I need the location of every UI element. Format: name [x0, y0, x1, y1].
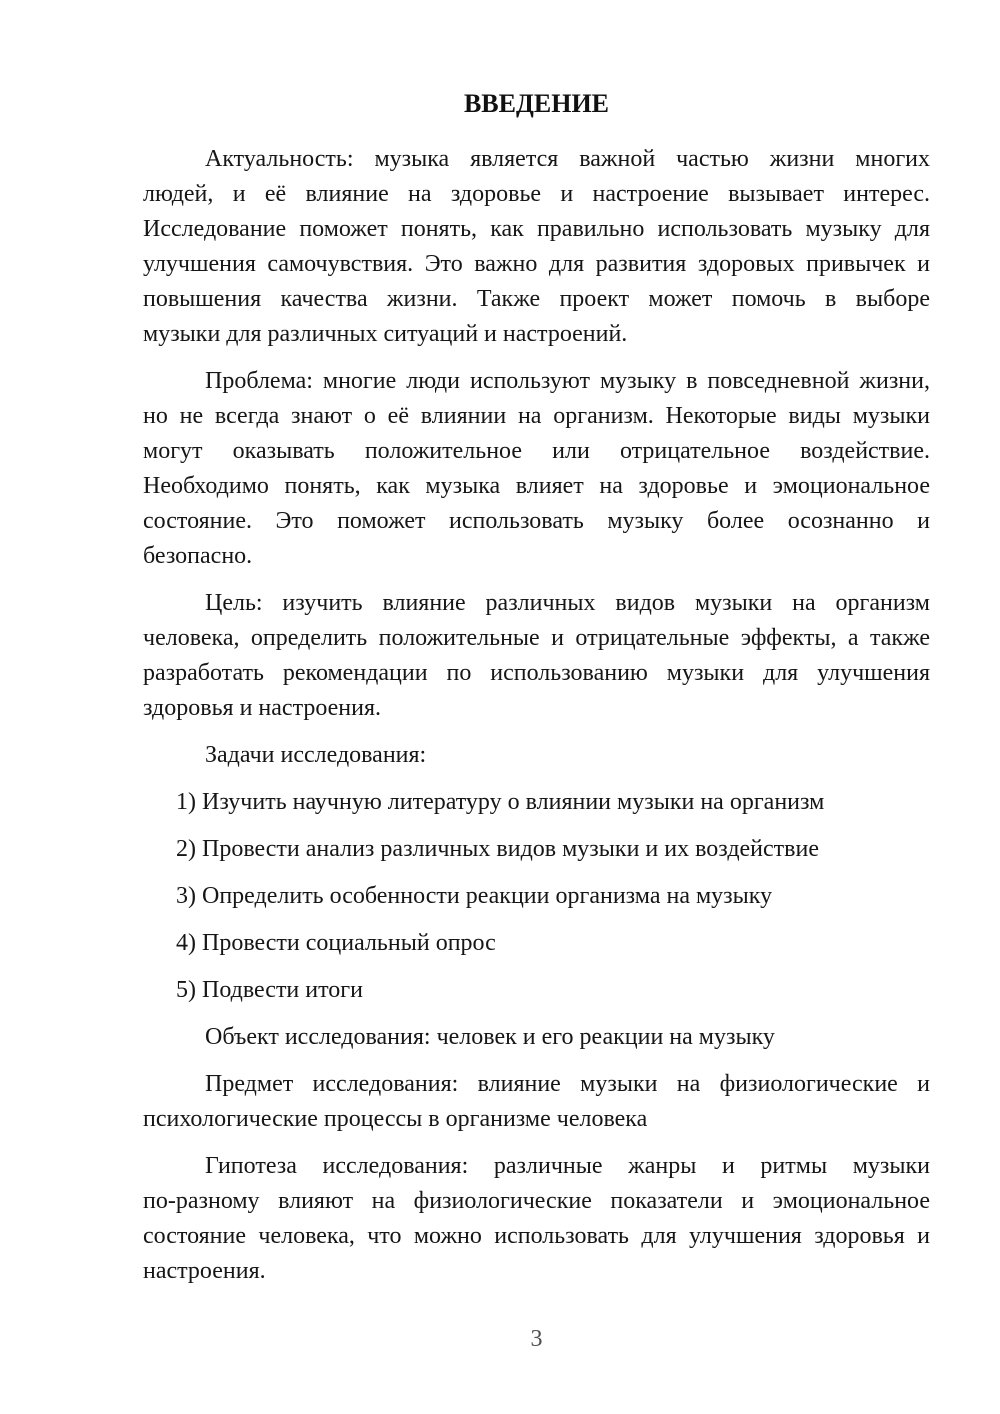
text-line: состояние человека, что можно использова…	[143, 1219, 930, 1254]
paragraph-subject: Предмет исследования: влияние музыки на …	[143, 1067, 930, 1137]
text-line: 5) Подвести итоги	[176, 973, 930, 1008]
text-line: музыки для различных ситуаций и настроен…	[143, 317, 930, 352]
text-line: Цель: изучить влияние различных видов му…	[143, 586, 930, 621]
text-line: 1) Изучить научную литературу о влиянии …	[176, 785, 930, 820]
text-line: разработать рекомендации по использовани…	[143, 656, 930, 691]
text-line: 4) Провести социальный опрос	[176, 926, 930, 961]
text-line: 3) Определить особенности реакции органи…	[176, 879, 930, 914]
text-line: Необходимо понять, как музыка влияет на …	[143, 469, 930, 504]
task-item-3: 3) Определить особенности реакции органи…	[143, 879, 930, 914]
text-line: Проблема: многие люди используют музыку …	[143, 364, 930, 399]
text-line: психологические процессы в организме чел…	[143, 1102, 930, 1137]
task-item-5: 5) Подвести итоги	[143, 973, 930, 1008]
text-line: Гипотеза исследования: различные жанры и…	[143, 1149, 930, 1184]
text-line: улучшения самочувствия. Это важно для ра…	[143, 247, 930, 282]
text-line: состояние. Это поможет использовать музы…	[143, 504, 930, 539]
text-line: 2) Провести анализ различных видов музык…	[176, 832, 930, 867]
text-line: Актуальность: музыка является важной час…	[143, 142, 930, 177]
text-line: Задачи исследования:	[143, 738, 930, 773]
task-item-4: 4) Провести социальный опрос	[143, 926, 930, 961]
tasks-heading: Задачи исследования:	[143, 738, 930, 773]
text-line: по-разному влияют на физиологические пок…	[143, 1184, 930, 1219]
page-title: ВВЕДЕНИЕ	[143, 86, 930, 121]
text-line: могут оказывать положительное или отрица…	[143, 434, 930, 469]
text-line: Объект исследования: человек и его реакц…	[143, 1020, 930, 1055]
text-line: повышения качества жизни. Также проект м…	[143, 282, 930, 317]
paragraph-problem: Проблема: многие люди используют музыку …	[143, 364, 930, 574]
task-item-1: 1) Изучить научную литературу о влиянии …	[143, 785, 930, 820]
text-line: безопасно.	[143, 539, 930, 574]
text-line: человека, определить положительные и отр…	[143, 621, 930, 656]
text-line: но не всегда знают о её влиянии на орган…	[143, 399, 930, 434]
document-body: Актуальность: музыка является важной час…	[143, 142, 930, 1289]
page-number: 3	[143, 1322, 930, 1357]
task-item-2: 2) Провести анализ различных видов музык…	[143, 832, 930, 867]
paragraph-object: Объект исследования: человек и его реакц…	[143, 1020, 930, 1055]
text-line: Предмет исследования: влияние музыки на …	[143, 1067, 930, 1102]
text-line: Исследование поможет понять, как правиль…	[143, 212, 930, 247]
document-page: ВВЕДЕНИЕ Актуальность: музыка является в…	[0, 0, 1000, 1414]
paragraph-hypothesis: Гипотеза исследования: различные жанры и…	[143, 1149, 930, 1289]
text-line: здоровья и настроения.	[143, 691, 930, 726]
paragraph-relevance: Актуальность: музыка является важной час…	[143, 142, 930, 352]
paragraph-goal: Цель: изучить влияние различных видов му…	[143, 586, 930, 726]
text-line: настроения.	[143, 1254, 930, 1289]
text-line: людей, и её влияние на здоровье и настро…	[143, 177, 930, 212]
